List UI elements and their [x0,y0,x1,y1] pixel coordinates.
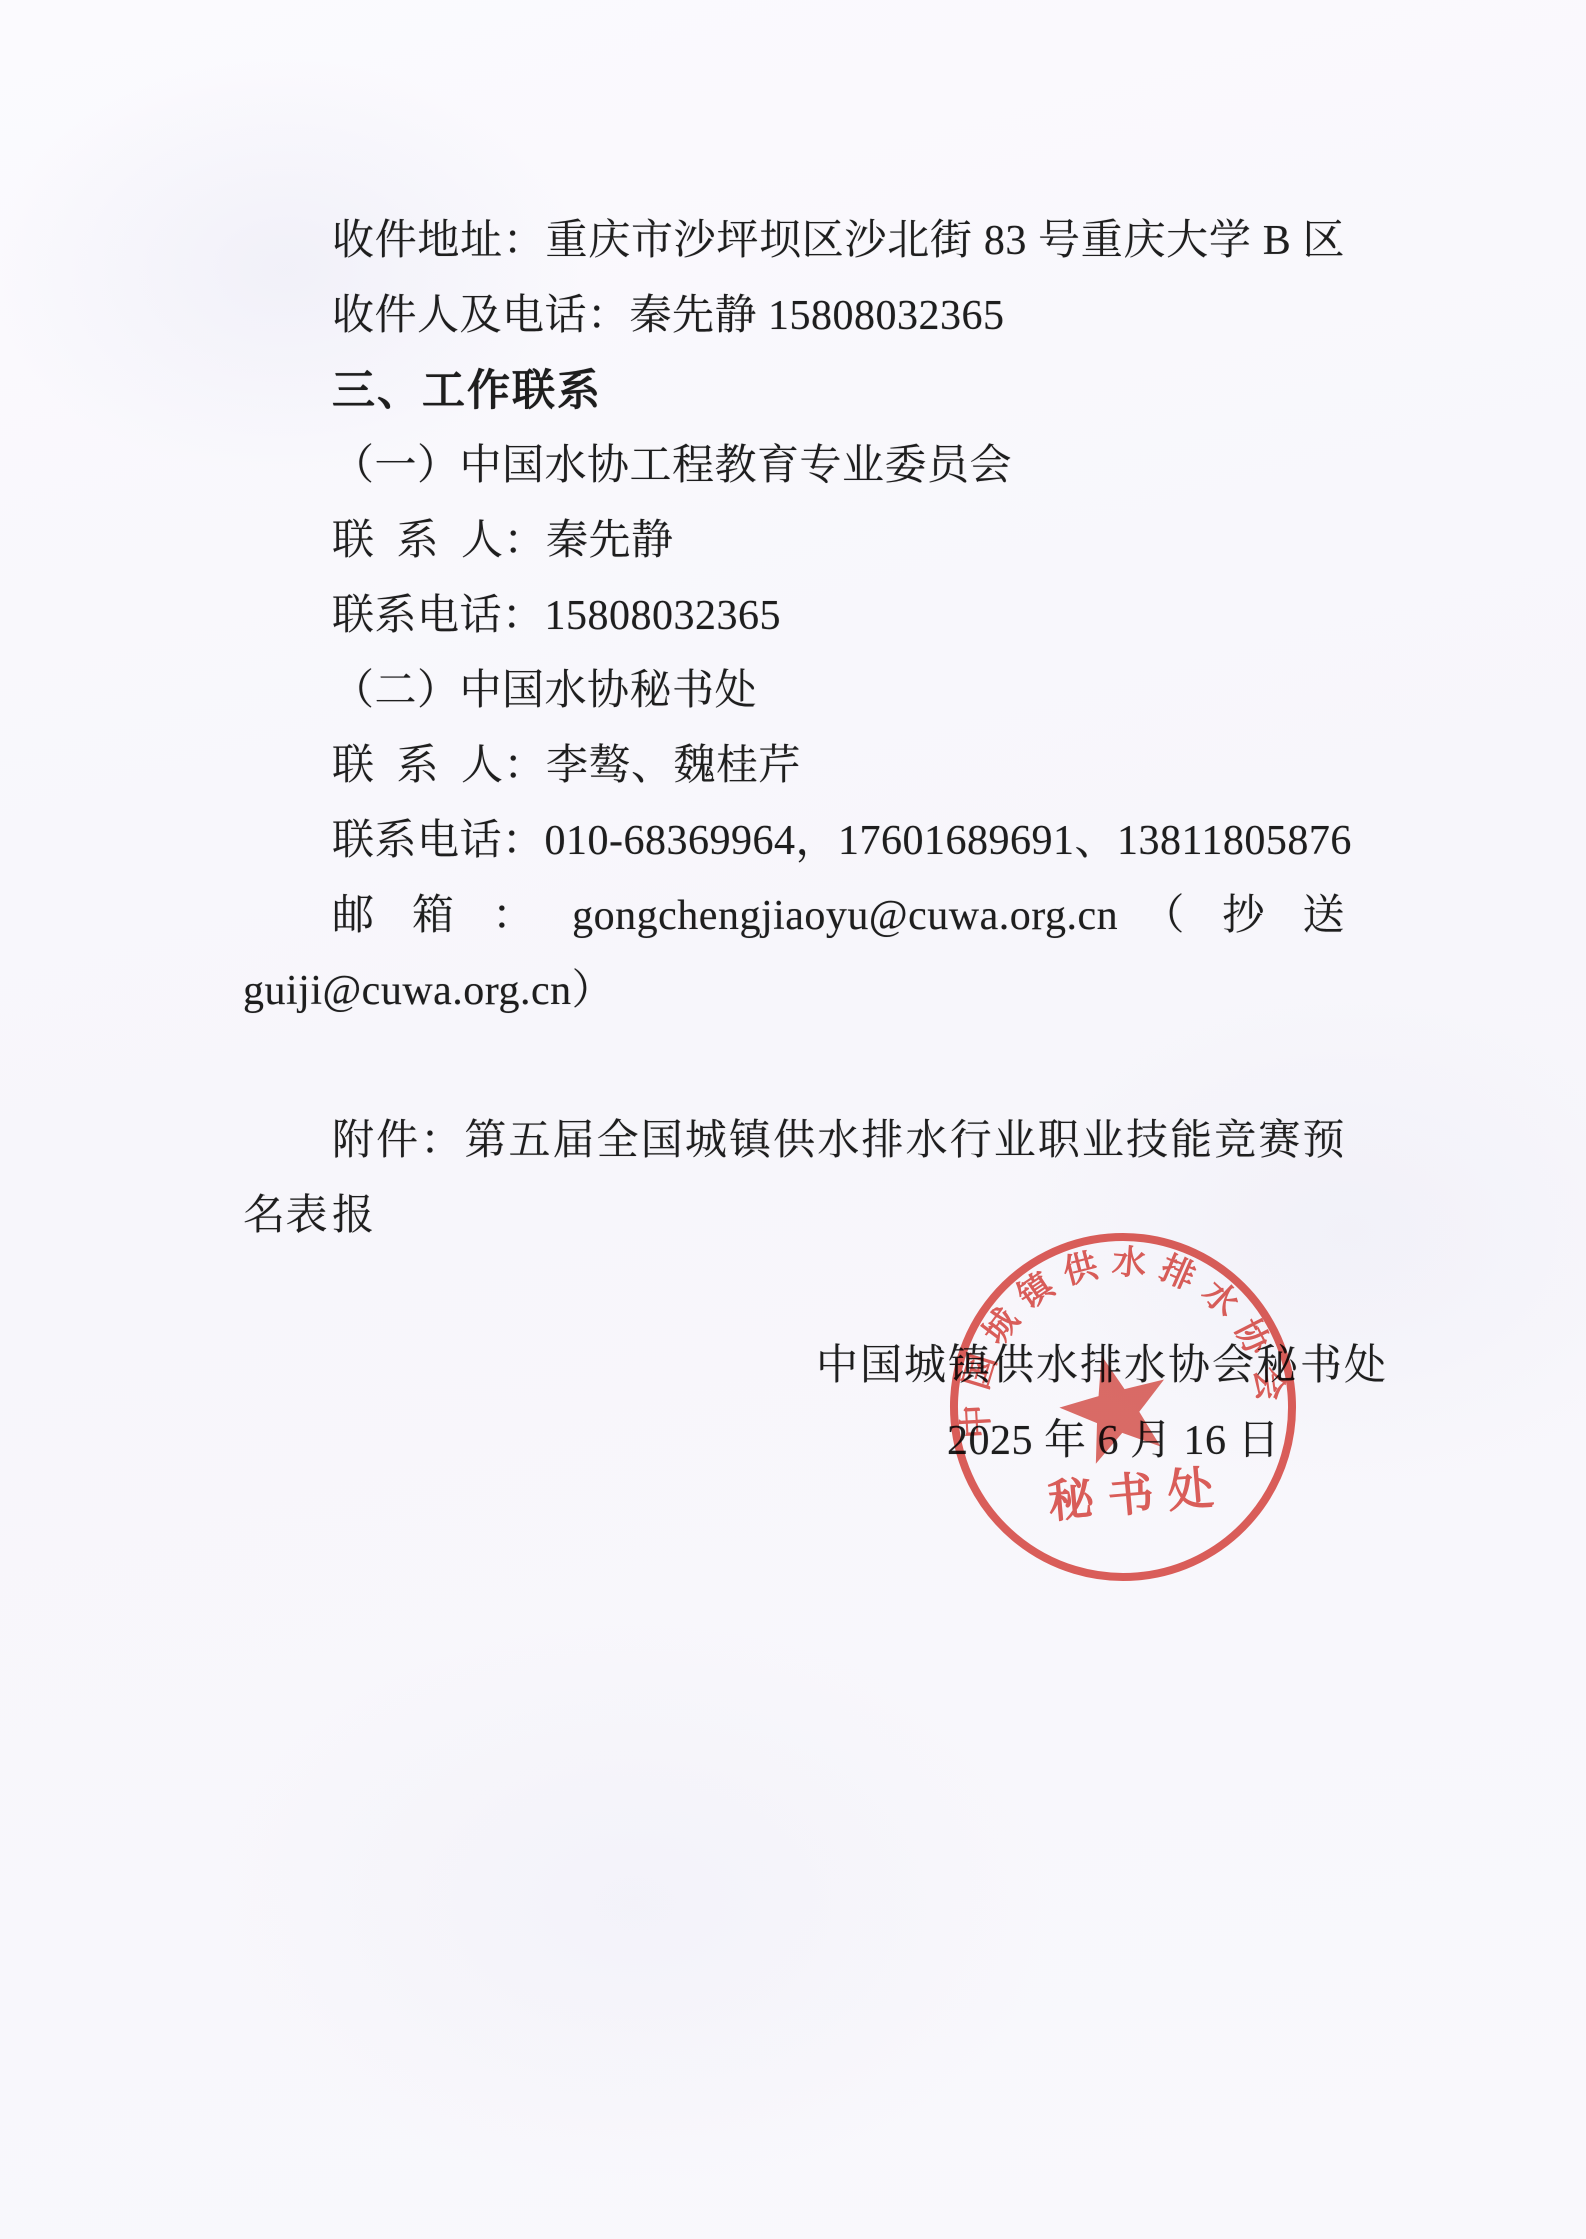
mailing-address-line: 收件地址：重庆市沙坪坝区沙北街 83 号重庆大学 B 区 [243,204,1345,279]
recipient-phone-line: 收件人及电话：秦先静 15808032365 [243,279,1345,354]
committee-name-line: （一）中国水协工程教育专业委员会 [243,429,1345,504]
attachment-title-line: 附件：第五届全国城镇供水排水行业职业技能竞赛预报 [243,1104,1345,1179]
seal-group: 中国城镇供水排水协会 秘书处 [945,1228,1301,1586]
contact-person-line-2: 联 系 人：李骜、魏桂芹 [243,729,1345,804]
section-heading-work-contact: 三、工作联系 [243,354,1345,429]
contact-phone-line-1: 联系电话：15808032365 [243,579,1345,654]
secretariat-name-line: （二）中国水协秘书处 [243,654,1345,729]
contact-phone-line-2: 联系电话：010-68369964，17601689691、1381180587… [243,804,1345,879]
official-seal: 中国城镇供水排水协会 秘书处 [945,1228,1301,1586]
scanned-letter-page: 收件地址：重庆市沙坪坝区沙北街 83 号重庆大学 B 区 收件人及电话：秦先静 … [0,0,1586,2239]
contact-person-line-1: 联 系 人：秦先静 [243,504,1345,579]
seal-star-icon [1055,1350,1171,1466]
blank-line [243,1029,1345,1104]
seal-bottom-text: 秘书处 [1046,1461,1230,1527]
email-line: 邮 箱 ： gongchengjiaoyu@cuwa.org.cn （ 抄 送 [243,879,1345,954]
email-cc-line: guiji@cuwa.org.cn） [243,954,1345,1029]
